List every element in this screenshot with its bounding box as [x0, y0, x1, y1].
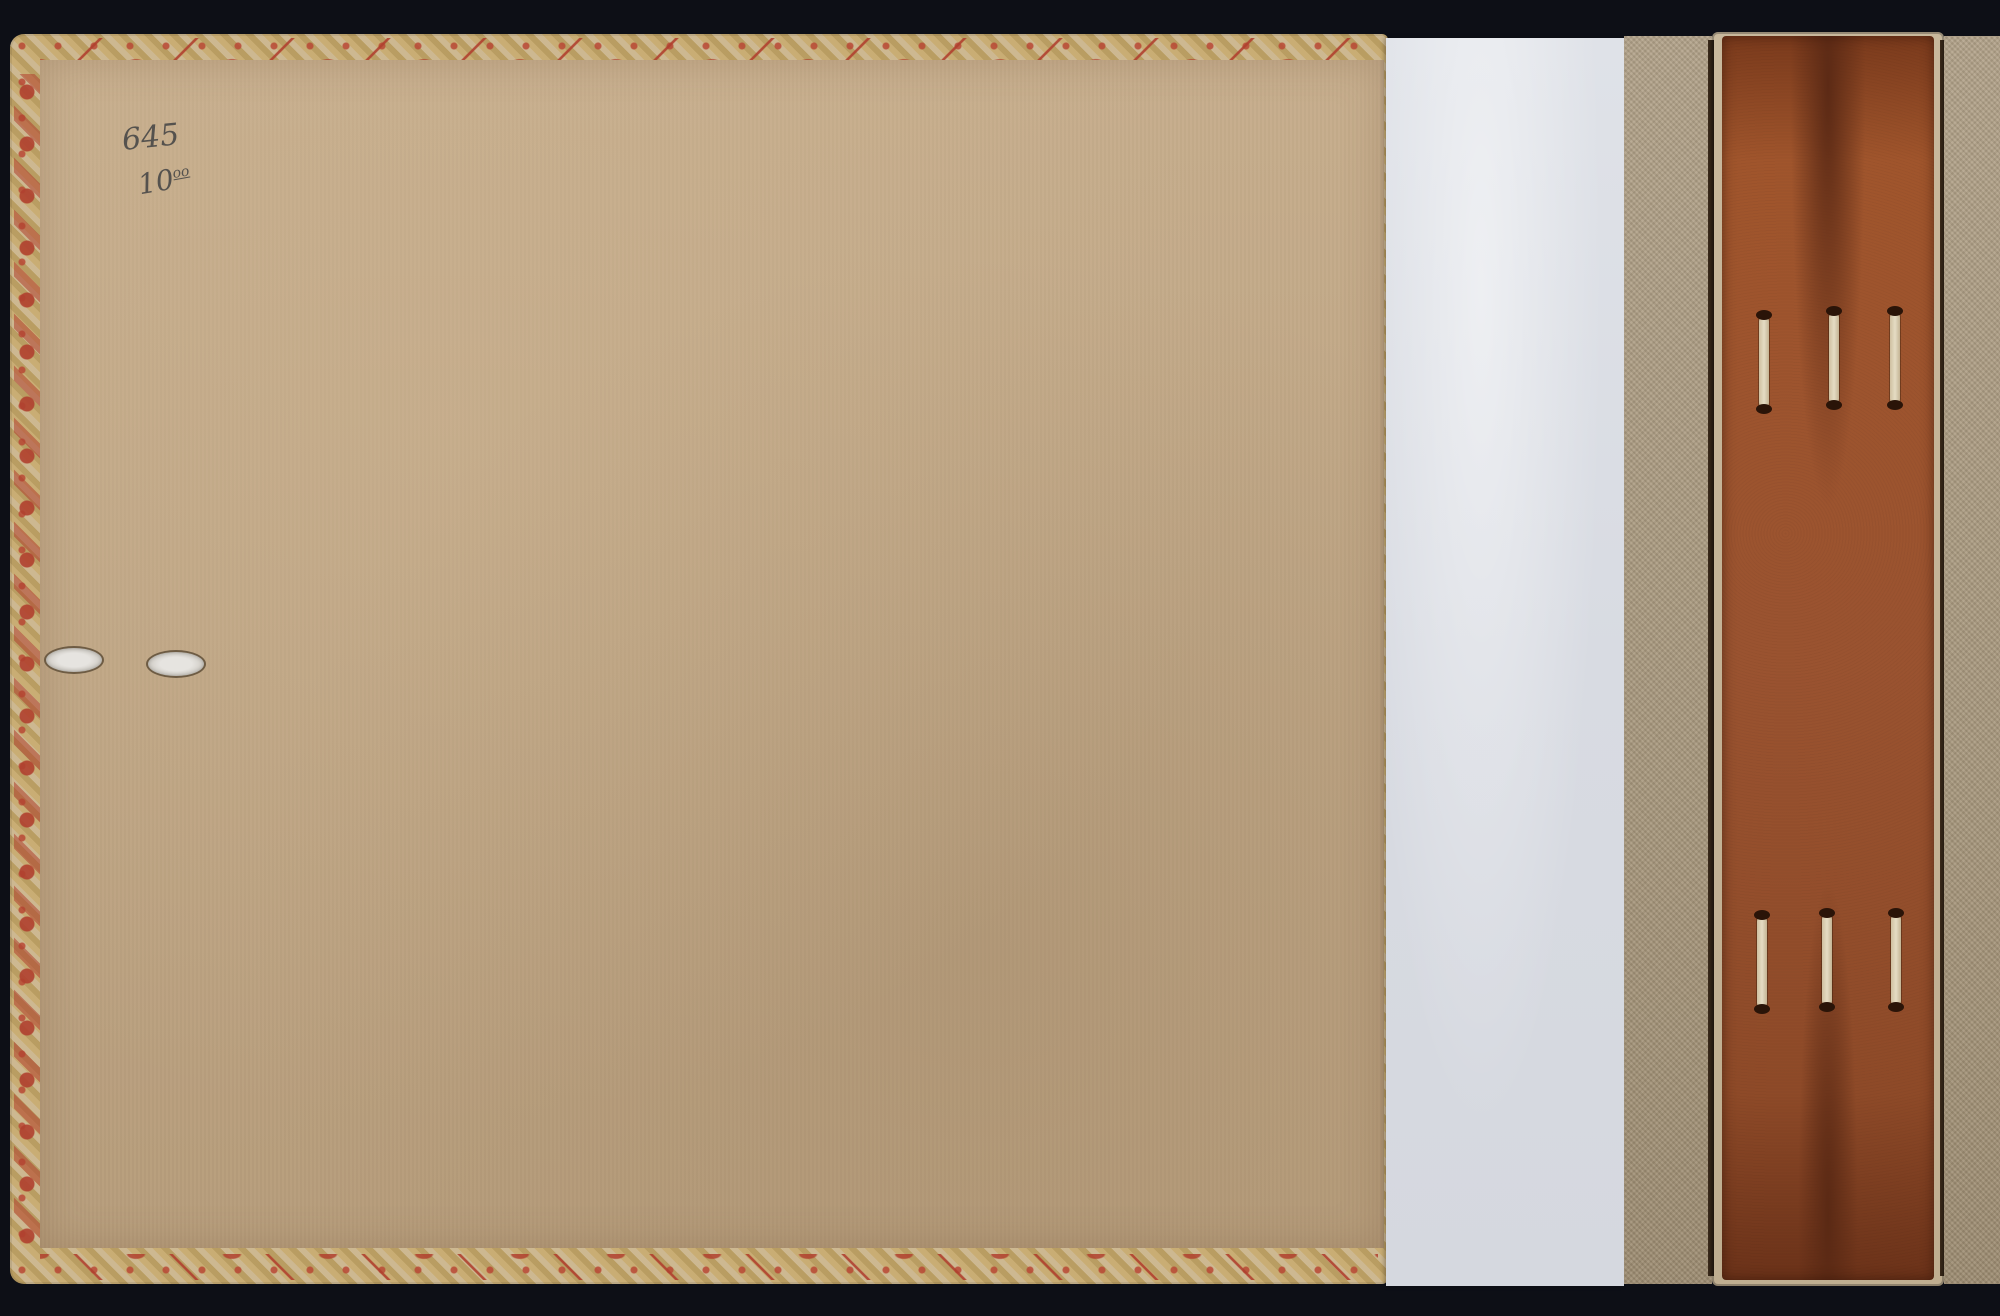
pastedown-paper [40, 60, 1384, 1248]
sewing-thong-icon [1757, 916, 1767, 1008]
guard-strip [1386, 38, 1624, 1286]
spine-groove-left [1708, 40, 1714, 1276]
sewing-thong-icon [1822, 914, 1832, 1006]
tie-hole-icon [146, 650, 206, 678]
shelfmark-price: 10oo [136, 160, 193, 202]
handwritten-shelfmark: 645 10oo [120, 120, 210, 200]
sewing-thong-icon [1890, 312, 1900, 404]
leather-spine [1722, 36, 1934, 1280]
linen-hinge-left [1624, 36, 1712, 1284]
sewing-thong-icon [1829, 312, 1839, 404]
sewing-thong-icon [1891, 914, 1901, 1006]
border-pattern-bottom [40, 1254, 1378, 1280]
shelfmark-number: 645 [120, 117, 181, 158]
sewing-thong-icon [1759, 316, 1769, 408]
linen-hinge-right [1944, 36, 2000, 1284]
tie-hole-icon [44, 646, 104, 674]
border-pattern-left [14, 74, 40, 1244]
